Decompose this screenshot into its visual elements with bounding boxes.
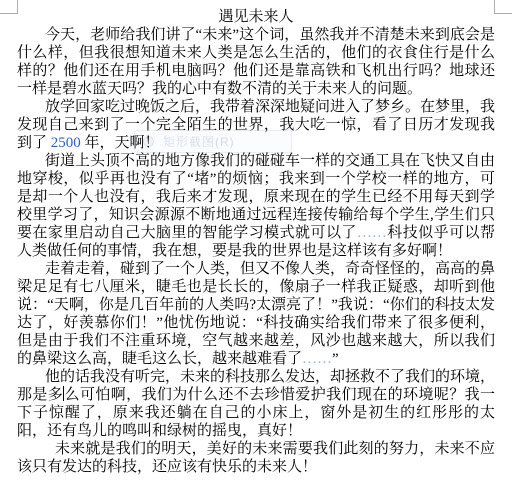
text-run: 走着走着，碰到了一个人类，但又不像人类，奇奇怪怪的，高高的鼻梁足足有七八厘米，睫… bbox=[17, 261, 495, 367]
text-run: 年，天啊！ bbox=[81, 135, 160, 151]
ellipsis-run: …… bbox=[357, 225, 387, 241]
paragraph[interactable]: 今天，老师给我们讲了“未来”这个词，虽然我并不清楚未来到底会是什么样，但我很想知… bbox=[17, 26, 495, 98]
text-run: 今天，老师给我们讲了“未来”这个词，虽然我并不清楚未来到底会是什么样，但我很想知… bbox=[17, 27, 495, 97]
document-page[interactable]: 矩形截图(R) 遇见未来人 今天，老师给我们讲了“未来”这个词，虽然我并不清楚未… bbox=[0, 0, 512, 493]
paragraph[interactable]: 走着走着，碰到了一个人类，但又不像人类，奇奇怪怪的，高高的鼻梁足足有七八厘米，睫… bbox=[17, 260, 495, 368]
year-value: 2500 bbox=[51, 135, 81, 151]
text-run: 未来就是我们的明天，美好的未来需要我们此刻的努力，未来不应该只有发达的科技，还应… bbox=[17, 441, 495, 475]
paragraph[interactable]: 他的话我没有听完，未来的科技那么发达，却拯救不了我们的环境，那是多么可怕啊，我们… bbox=[17, 368, 495, 440]
document-body[interactable]: 遇见未来人 今天，老师给我们讲了“未来”这个词，虽然我并不清楚未来到底会是什么样… bbox=[0, 0, 512, 476]
paragraph[interactable]: 放学回家吃过晚饭之后，我带着深深地疑问进入了梦乡。在梦里，我发现自己来到了一个完… bbox=[17, 98, 495, 152]
text-run: ” bbox=[332, 351, 339, 367]
paragraph[interactable]: 未来就是我们的明天，美好的未来需要我们此刻的努力，未来不应该只有发达的科技，还应… bbox=[17, 440, 495, 476]
ellipsis-run: …… bbox=[302, 351, 332, 367]
paragraph[interactable]: 街道上头顶不高的地方像我们的碰碰车一样的交通工具在飞快又自由地穿梭，似乎再也没有… bbox=[17, 152, 495, 260]
text-run: 么可怕啊，我们为什么还不去珍惜爱护我们现在的环境呢？我一下子惊醒了，原来我还躺在… bbox=[17, 387, 495, 439]
essay-title[interactable]: 遇见未来人 bbox=[17, 8, 495, 26]
